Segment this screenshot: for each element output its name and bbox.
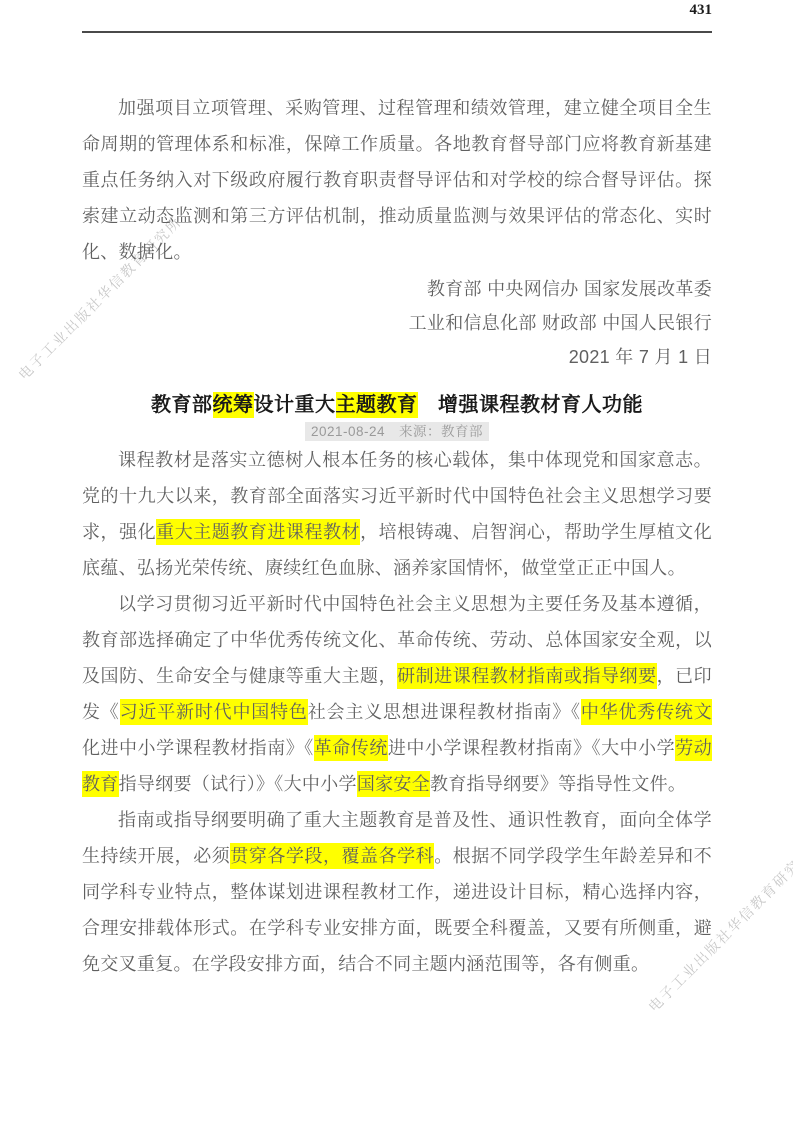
signature-block: 教育部 中央网信办 国家发展改革委 工业和信息化部 财政部 中国人民银行 202…: [82, 272, 712, 374]
highlighted-text: 中华优秀传统文: [581, 699, 712, 725]
text-segment: 社会主义思想进课程教材指南》《: [308, 702, 581, 722]
text-segment: 加强项目立项管理、采购管理、过程管理和绩效管理，建立健全项目全生命周期的管理体系…: [82, 98, 712, 262]
article-paragraph: 课程教材是落实立德树人根本任务的核心载体，集中体现党和国家意志。党的十九大以来，…: [82, 442, 712, 586]
page-content: 加强项目立项管理、采购管理、过程管理和绩效管理，建立健全项目全生命周期的管理体系…: [82, 90, 712, 982]
text-segment: 指导纲要（试行）》《大中小学: [119, 774, 357, 794]
article-title: 教育部统筹设计重大主题教育 增强课程教材育人功能: [82, 390, 712, 420]
signature-line-agencies-1: 教育部 中央网信办 国家发展改革委: [82, 272, 712, 306]
text-segment: 增强课程教材育人功能: [418, 394, 644, 416]
header-rule: [82, 31, 712, 33]
document-page: { "page": { "number": "431" }, "prev_art…: [0, 0, 793, 1122]
article-meta: 2021-08-24 来源：教育部: [82, 422, 712, 442]
highlighted-text: 贯穿各学段，覆盖各学科: [230, 843, 434, 869]
highlighted-text: 国家安全: [357, 771, 430, 797]
text-segment: 设计重大: [254, 394, 336, 416]
signature-line-date: 2021 年 7 月 1 日: [82, 340, 712, 374]
text-segment: 教育部: [151, 394, 213, 416]
signature-line-agencies-2: 工业和信息化部 财政部 中国人民银行: [82, 306, 712, 340]
highlighted-text: 重大主题教育进课程教材: [156, 519, 360, 545]
highlighted-text: 主题教育: [336, 392, 418, 418]
text-segment: 进中小学课程教材指南》《大中小学: [388, 738, 675, 758]
highlighted-text: 革命传统: [314, 735, 388, 761]
highlighted-text: 习近平新时代中国特色: [120, 699, 308, 725]
page-number: 431: [690, 2, 713, 19]
highlighted-text: 统筹: [213, 392, 254, 418]
text-segment: 化进中小学课程教材指南》《: [82, 738, 314, 758]
closing-paragraph: 加强项目立项管理、采购管理、过程管理和绩效管理，建立健全项目全生命周期的管理体系…: [82, 90, 712, 270]
highlighted-text: 研制进课程教材指南或指导纲要: [397, 663, 657, 689]
article-paragraph: 指南或指导纲要明确了重大主题教育是普及性、通识性教育，面向全体学生持续开展，必须…: [82, 802, 712, 982]
article-date-source: 2021-08-24 来源：教育部: [305, 422, 489, 441]
text-segment: 教育指导纲要》等指导性文件。: [430, 774, 686, 794]
article-paragraph: 以学习贯彻习近平新时代中国特色社会主义思想为主要任务及基本遵循，教育部选择确定了…: [82, 586, 712, 802]
